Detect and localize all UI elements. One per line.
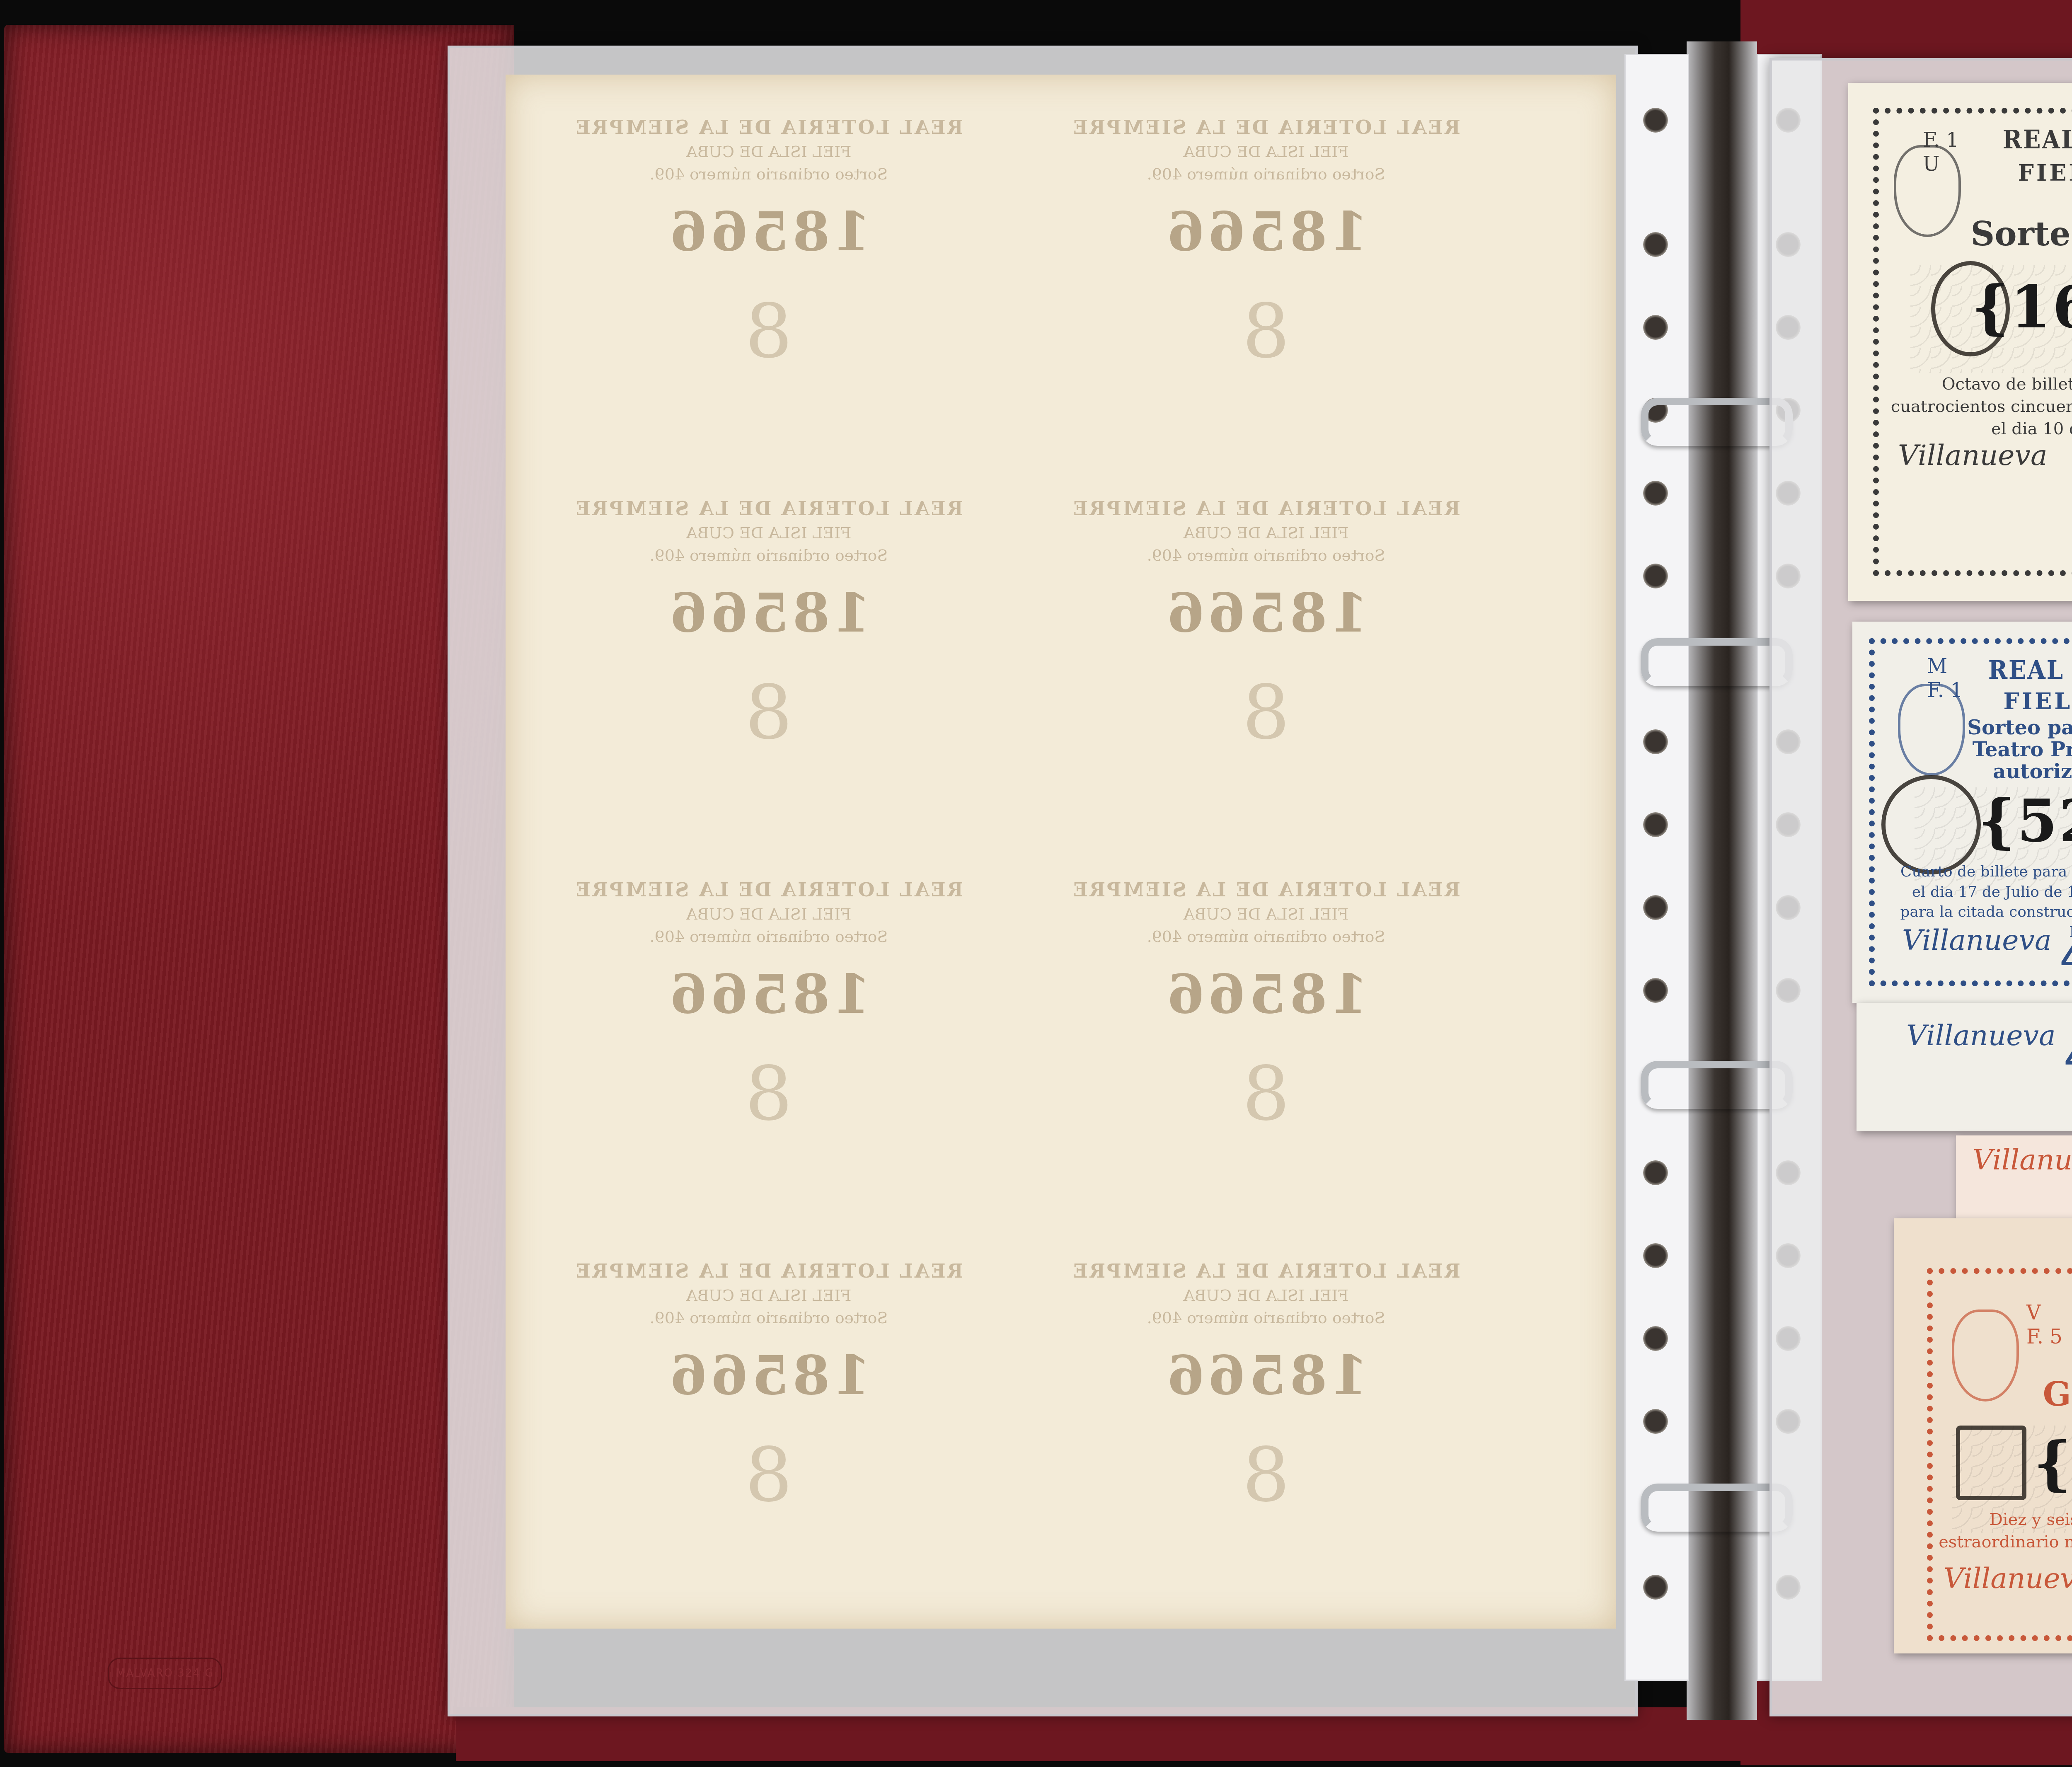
ghost-ticket: REAL LOTERIA DE LA SIEMPRE FIEL ISLA DE … xyxy=(530,472,1007,796)
maker-stamp: MALVARO 324 G xyxy=(108,1658,222,1689)
punch-hole xyxy=(1643,564,1668,588)
binder-spine xyxy=(1687,41,1757,1720)
binder-front-cover: MALVARO 324 G xyxy=(4,25,514,1753)
ghost-ticket: REAL LOTERIA DE LA SIEMPRE FIEL ISLA DE … xyxy=(530,1235,1007,1558)
punch-hole xyxy=(1643,232,1668,257)
left-page-reversed-sheet: REAL LOTERIA DE LA SIEMPRE FIEL ISLA DE … xyxy=(506,75,1616,1629)
punch-hole xyxy=(1643,315,1668,340)
ghost-ticket: REAL LOTERIA DE LA SIEMPRE FIEL ISLA DE … xyxy=(1028,1235,1504,1558)
ghost-ticket: REAL LOTERIA DE LA SIEMPRE FIEL ISLA DE … xyxy=(1028,854,1504,1177)
royal-crest-icon xyxy=(1952,1310,2019,1401)
lottery-ticket-5280-stub[interactable]: Villanueva Vale dos pesos. 4 M 697 L xyxy=(1857,1003,2072,1131)
punch-hole xyxy=(1643,1243,1668,1268)
punch-hole xyxy=(1643,729,1668,754)
left-punched-strip xyxy=(1624,54,1689,1681)
punch-hole xyxy=(1643,978,1668,1003)
punch-hole xyxy=(1643,1160,1668,1185)
ghost-ticket: REAL LOTERIA DE LA SIEMPRE FIEL ISLA DE … xyxy=(1028,472,1504,796)
punch-hole xyxy=(1643,895,1668,920)
punch-hole xyxy=(1643,481,1668,506)
lottery-ticket-5280[interactable]: M F. 1 REAL LOTERIA DE LA SIEMPRE FIEL I… xyxy=(1852,622,2072,1003)
punch-hole xyxy=(1643,1326,1668,1351)
punch-hole xyxy=(1643,1409,1668,1434)
punch-hole xyxy=(1643,812,1668,837)
punch-hole xyxy=(1643,1575,1668,1600)
punch-hole xyxy=(1643,108,1668,133)
ghost-ticket: REAL LOTERIA DE LA SIEMPRE FIEL ISLA DE … xyxy=(1028,91,1504,414)
lottery-ticket-19083[interactable]: V F. 5 REAL LOTERIA DE LA SIEMPRE FIEL I… xyxy=(1894,1218,2072,1653)
ghost-ticket: REAL LOTERIA DE LA SIEMPRE FIEL ISLA DE … xyxy=(530,91,1007,414)
ghost-ticket: REAL LOTERIA DE LA SIEMPRE FIEL ISLA DE … xyxy=(530,854,1007,1177)
lottery-ticket-16275[interactable]: F. 1 U REAL LOTERIA DE LA SIEMPRE FIEL I… xyxy=(1848,83,2072,601)
